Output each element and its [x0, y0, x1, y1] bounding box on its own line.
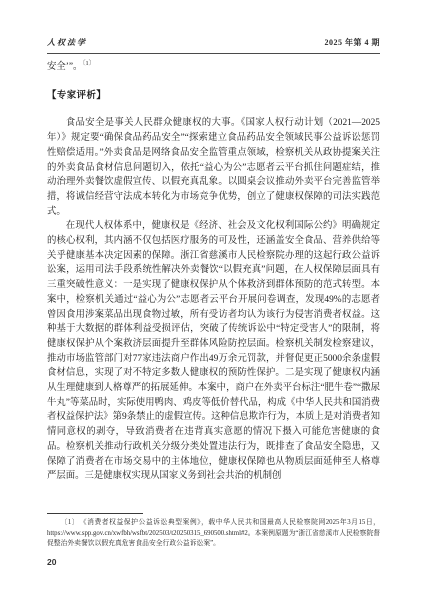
issue-label: 2025 年第 4 期	[325, 37, 381, 48]
page-header: 人权法学 2025 年第 4 期	[47, 37, 380, 54]
section-heading: 【专家评析】	[47, 89, 380, 104]
page-number: 20	[47, 557, 56, 567]
footnote-text: 《消费者权益保护公益诉讼典型案例》，载中华人民共和国最高人民检察院网2025年3…	[47, 519, 380, 547]
journal-title: 人权法学	[47, 37, 87, 48]
footnote-separator	[47, 513, 143, 514]
footnote-block: 〔1〕《消费者权益保护公益诉讼典型案例》，载中华人民共和国最高人民检察院网202…	[47, 513, 380, 550]
paragraph-1: 食品安全是事关人民群众健康权的大事。《国家人权行动计划（2021—2025年）》…	[47, 116, 380, 219]
footnote-entry: 〔1〕《消费者权益保护公益诉讼典型案例》，载中华人民共和国最高人民检察院网202…	[47, 518, 380, 550]
article-body: 安全’”。〔1〕 【专家评析】 食品安全是事关人民群众健康权的大事。《国家人权行…	[47, 60, 380, 484]
paragraph-2: 在现代人权体系中，健康权是《经济、社会及文化权利国际公约》明确规定的核心权利，其…	[47, 219, 380, 484]
journal-page: 人权法学 2025 年第 4 期 安全’”。〔1〕 【专家评析】 食品安全是事关…	[0, 0, 427, 601]
footnote-number: 〔1〕	[61, 519, 80, 526]
carryover-line: 安全’”。〔1〕	[47, 60, 380, 75]
footnote-reference: 〔1〕	[82, 60, 94, 67]
carryover-text: 安全’”。	[47, 62, 82, 72]
